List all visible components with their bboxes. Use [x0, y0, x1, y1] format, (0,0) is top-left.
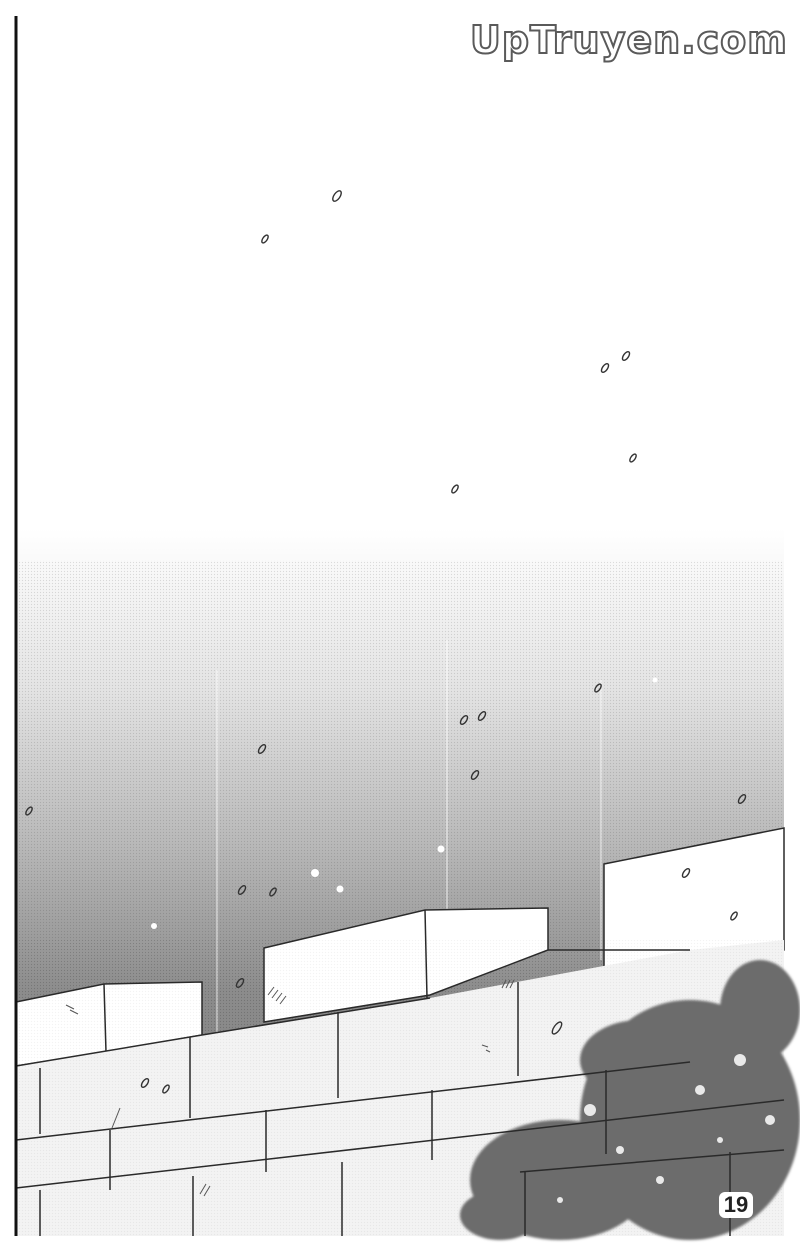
- manga-artwork: [0, 0, 800, 1249]
- page-number: 19: [719, 1192, 753, 1218]
- manga-page: UpTruyen.com 19: [0, 0, 800, 1249]
- watermark-text: UpTruyen.com: [470, 14, 790, 66]
